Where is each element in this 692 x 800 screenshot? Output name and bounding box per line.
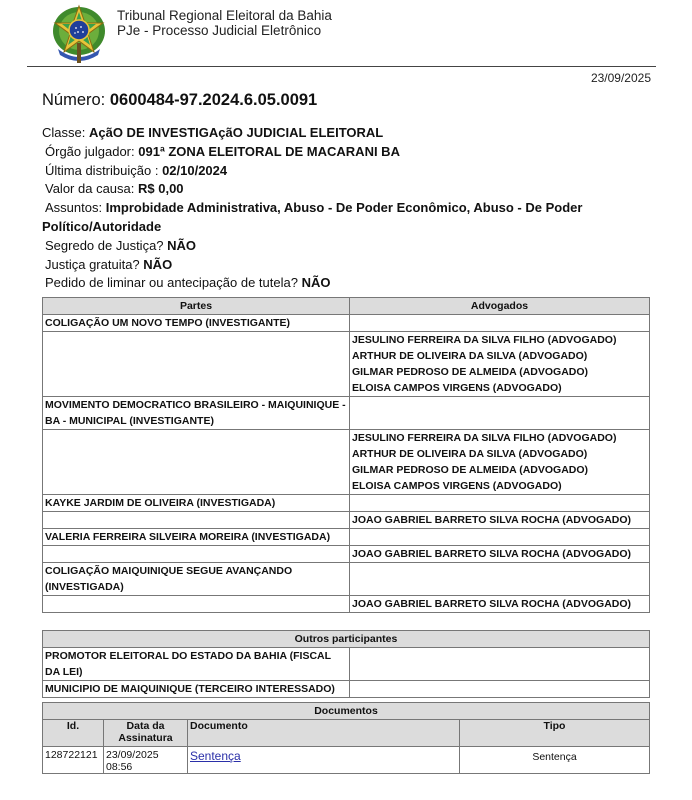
liminar-label: Pedido de liminar ou antecipação de tute…: [45, 275, 298, 290]
outros-participantes-table: Outros participantes PROMOTOR ELEITORAL …: [42, 630, 650, 698]
documento-row: 12872212123/09/2025 08:56SentençaSentenç…: [43, 747, 650, 774]
advogados-list: JOAO GABRIEL BARRETO SILVA ROCHA (ADVOGA…: [350, 546, 650, 563]
brasao-republica-icon: [50, 3, 108, 65]
documento-link[interactable]: Sentença: [190, 749, 241, 763]
advogado-name: JESULINO FERREIRA DA SILVA FILHO (ADVOGA…: [352, 332, 647, 348]
segredo-label: Segredo de Justiça?: [45, 238, 164, 253]
orgao-value: 091ª ZONA ELEITORAL DE MACARANI BA: [138, 144, 400, 159]
segredo-value: NÃO: [167, 238, 196, 253]
participante-row: MUNICIPIO DE MAIQUINIQUE (TERCEIRO INTER…: [43, 681, 650, 698]
partes-header: Partes: [43, 298, 350, 315]
org-line-2: PJe - Processo Judicial Eletrônico: [117, 23, 332, 38]
advogados-header: Advogados: [350, 298, 650, 315]
empty-cell: [43, 332, 350, 397]
documento-tipo: Sentença: [460, 747, 650, 774]
advogado-name: JESULINO FERREIRA DA SILVA FILHO (ADVOGA…: [352, 430, 647, 446]
orgao-label: Órgão julgador:: [45, 144, 135, 159]
advogados-list: JOAO GABRIEL BARRETO SILVA ROCHA (ADVOGA…: [350, 596, 650, 613]
participante-name: PROMOTOR ELEITORAL DO ESTADO DA BAHIA (F…: [43, 648, 350, 681]
empty-cell: [350, 495, 650, 512]
classe-row: Classe: AçãO DE INVESTIGAçãO JUDICIAL EL…: [42, 124, 642, 143]
parte-name: COLIGAÇÃO MAIQUINIQUE SEGUE AVANÇANDO (I…: [43, 563, 350, 596]
advogados-row: JOAO GABRIEL BARRETO SILVA ROCHA (ADVOGA…: [43, 512, 650, 529]
gratuita-label: Justiça gratuita?: [45, 257, 140, 272]
empty-cell: [350, 529, 650, 546]
empty-cell: [43, 430, 350, 495]
documento-id: 128722121: [43, 747, 104, 774]
col-tipo: Tipo: [460, 720, 650, 747]
parte-row: VALERIA FERREIRA SILVEIRA MOREIRA (INVES…: [43, 529, 650, 546]
parte-name: COLIGAÇÃO UM NOVO TEMPO (INVESTIGANTE): [43, 315, 350, 332]
empty-cell: [350, 648, 650, 681]
empty-cell: [43, 546, 350, 563]
distribuicao-value: 02/10/2024: [162, 163, 227, 178]
advogado-name: ARTHUR DE OLIVEIRA DA SILVA (ADVOGADO): [352, 348, 647, 364]
partes-table: Partes Advogados COLIGAÇÃO UM NOVO TEMPO…: [42, 297, 650, 613]
process-number-value: 0600484-97.2024.6.05.0091: [110, 91, 317, 109]
col-id: Id.: [43, 720, 104, 747]
empty-cell: [43, 512, 350, 529]
outros-header: Outros participantes: [43, 631, 650, 648]
valor-label: Valor da causa:: [45, 181, 134, 196]
distribuicao-row: Última distribuição : 02/10/2024: [42, 162, 642, 181]
assuntos-label: Assuntos:: [42, 199, 102, 218]
process-number: Número: 0600484-97.2024.6.05.0091: [42, 91, 317, 110]
valor-row: Valor da causa: R$ 0,00: [42, 180, 642, 199]
process-number-label: Número:: [42, 91, 105, 109]
segredo-row: Segredo de Justiça? NÃO: [42, 237, 642, 256]
valor-value: R$ 0,00: [138, 181, 184, 196]
document-date: 23/09/2025: [591, 71, 651, 85]
org-line-1: Tribunal Regional Eleitoral da Bahia: [117, 8, 332, 23]
documento-data: 23/09/2025 08:56: [104, 747, 188, 774]
participante-row: PROMOTOR ELEITORAL DO ESTADO DA BAHIA (F…: [43, 648, 650, 681]
col-data: Data da Assinatura: [104, 720, 188, 747]
documentos-table: Documentos Id. Data da Assinatura Docume…: [42, 702, 650, 774]
orgao-row: Órgão julgador: 091ª ZONA ELEITORAL DE M…: [42, 143, 642, 162]
classe-label: Classe:: [42, 125, 85, 140]
parte-name: MOVIMENTO DEMOCRATICO BRASILEIRO - MAIQU…: [43, 397, 350, 430]
advogados-row: JESULINO FERREIRA DA SILVA FILHO (ADVOGA…: [43, 332, 650, 397]
assuntos-row: Assuntos: Improbidade Administrativa, Ab…: [42, 199, 642, 237]
empty-cell: [350, 315, 650, 332]
advogados-list: JESULINO FERREIRA DA SILVA FILHO (ADVOGA…: [350, 332, 650, 397]
empty-cell: [350, 681, 650, 698]
advogado-name: GILMAR PEDROSO DE ALMEIDA (ADVOGADO): [352, 364, 647, 380]
advogados-row: JOAO GABRIEL BARRETO SILVA ROCHA (ADVOGA…: [43, 546, 650, 563]
advogado-name: ELOISA CAMPOS VIRGENS (ADVOGADO): [352, 478, 647, 494]
distribuicao-label: Última distribuição :: [45, 163, 158, 178]
organization-name: Tribunal Regional Eleitoral da Bahia PJe…: [117, 8, 332, 38]
empty-cell: [350, 563, 650, 596]
advogado-name: GILMAR PEDROSO DE ALMEIDA (ADVOGADO): [352, 462, 647, 478]
col-documento: Documento: [188, 720, 460, 747]
header-divider: [27, 66, 656, 67]
liminar-value: NÃO: [302, 275, 331, 290]
empty-cell: [350, 397, 650, 430]
parte-name: VALERIA FERREIRA SILVEIRA MOREIRA (INVES…: [43, 529, 350, 546]
gratuita-row: Justiça gratuita? NÃO: [42, 256, 642, 275]
liminar-row: Pedido de liminar ou antecipação de tute…: [42, 274, 642, 293]
process-details: Classe: AçãO DE INVESTIGAçãO JUDICIAL EL…: [42, 124, 642, 293]
gratuita-value: NÃO: [143, 257, 172, 272]
advogados-row: JOAO GABRIEL BARRETO SILVA ROCHA (ADVOGA…: [43, 596, 650, 613]
advogado-name: JOAO GABRIEL BARRETO SILVA ROCHA (ADVOGA…: [352, 546, 647, 562]
parte-name: KAYKE JARDIM DE OLIVEIRA (INVESTIGADA): [43, 495, 350, 512]
advogados-row: JESULINO FERREIRA DA SILVA FILHO (ADVOGA…: [43, 430, 650, 495]
documentos-header: Documentos: [43, 703, 650, 720]
advogado-name: ELOISA CAMPOS VIRGENS (ADVOGADO): [352, 380, 647, 396]
documento-cell: Sentença: [188, 747, 460, 774]
parte-row: COLIGAÇÃO MAIQUINIQUE SEGUE AVANÇANDO (I…: [43, 563, 650, 596]
classe-value: AçãO DE INVESTIGAçãO JUDICIAL ELEITORAL: [89, 125, 383, 140]
parte-row: KAYKE JARDIM DE OLIVEIRA (INVESTIGADA): [43, 495, 650, 512]
advogados-list: JOAO GABRIEL BARRETO SILVA ROCHA (ADVOGA…: [350, 512, 650, 529]
parte-row: COLIGAÇÃO UM NOVO TEMPO (INVESTIGANTE): [43, 315, 650, 332]
advogado-name: JOAO GABRIEL BARRETO SILVA ROCHA (ADVOGA…: [352, 596, 647, 612]
advogado-name: JOAO GABRIEL BARRETO SILVA ROCHA (ADVOGA…: [352, 512, 647, 528]
empty-cell: [43, 596, 350, 613]
advogados-list: JESULINO FERREIRA DA SILVA FILHO (ADVOGA…: [350, 430, 650, 495]
parte-row: MOVIMENTO DEMOCRATICO BRASILEIRO - MAIQU…: [43, 397, 650, 430]
assuntos-value: Improbidade Administrativa, Abuso - De P…: [42, 200, 582, 234]
advogado-name: ARTHUR DE OLIVEIRA DA SILVA (ADVOGADO): [352, 446, 647, 462]
participante-name: MUNICIPIO DE MAIQUINIQUE (TERCEIRO INTER…: [43, 681, 350, 698]
